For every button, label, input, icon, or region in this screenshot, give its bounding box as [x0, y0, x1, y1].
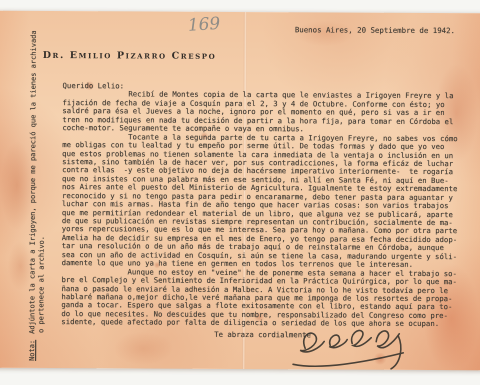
- margin-note-line2: o pertenece al archivo.: [37, 16, 48, 361]
- archive-number-handwritten: 169: [187, 14, 221, 36]
- margin-note-line1-text: Adjúntote la carta a Irigoyen, porque me…: [28, 30, 38, 333]
- margin-note: Nota:Adjúntote la carta a Irigoyen, porq…: [28, 16, 48, 361]
- scanned-letter: 169 Buenos Aires, 20 Septiembre de 1942.…: [0, 0, 480, 385]
- margin-note-label: Nota:: [28, 340, 36, 361]
- dateline: Buenos Aires, 20 Septiembre de 1942.: [295, 25, 455, 35]
- stain: [113, 331, 173, 365]
- signature-scrawl: [285, 318, 415, 377]
- letterhead-name: Dr. Emilio Pizarro Crespo: [43, 50, 217, 62]
- letter-page: 169 Buenos Aires, 20 Septiembre de 1942.…: [0, 11, 480, 371]
- letter-body: Querido Lelio: Recibí de Montes copia de…: [61, 82, 464, 329]
